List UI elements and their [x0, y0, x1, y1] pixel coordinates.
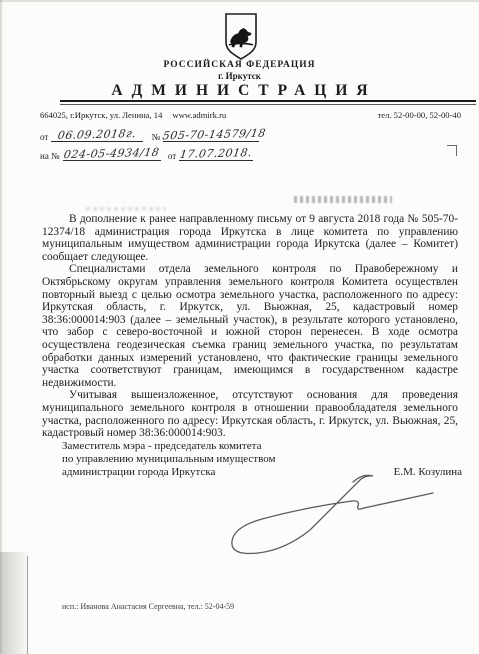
scan-blotch-bottom-left	[0, 552, 30, 654]
reply-from-label: от	[168, 151, 176, 161]
scan-fold-line	[27, 556, 28, 654]
header-organization-title: АДМИНИСТРАЦИЯ	[0, 82, 479, 100]
redacted-smudge-secondary	[86, 207, 166, 211]
paragraph-2: Специалистами отдела земельного контроля…	[42, 263, 458, 389]
outgoing-ref-line: от06.09.2018г. №505-70-14579/18	[40, 128, 259, 142]
handwritten-incoming-date: 17.07.2018.	[179, 146, 253, 161]
redacted-addressee-smudge	[294, 196, 392, 203]
scan-edge-top	[0, 0, 479, 2]
handwritten-incoming-number: 024-05-4934/18	[63, 146, 160, 161]
paragraph-1: В дополнение к ранее направленному письм…	[42, 213, 458, 263]
position-line-1: Заместитель мэра - председатель комитета	[62, 440, 275, 453]
handwritten-outgoing-date: 06.09.2018г.	[57, 127, 137, 142]
from-label: от	[40, 132, 48, 142]
header-city: г. Иркутск	[0, 71, 479, 81]
handwritten-signature	[215, 468, 450, 558]
incoming-ref-line: на №024-05-4934/18 от17.07.2018.	[40, 147, 253, 161]
reply-to-label: на №	[40, 151, 60, 161]
website-link: www.admirk.ru	[172, 110, 226, 120]
phone-numbers: тел. 52-00-00, 52-00-40	[378, 110, 461, 120]
position-line-2: по управлению муниципальным имуществом	[62, 453, 275, 466]
scanned-letter-page: РОССИЙСКАЯ ФЕДЕРАЦИЯ г. Иркутск АДМИНИСТ…	[0, 0, 479, 654]
number-label: №	[152, 132, 161, 142]
outgoing-date-field: 06.09.2018г.	[51, 128, 143, 142]
header-country: РОССИЙСКАЯ ФЕДЕРАЦИЯ	[0, 60, 479, 70]
addressee-corner-mark	[447, 145, 457, 156]
paragraph-3: Учитывая вышеизложенное, отсутствуют осн…	[42, 389, 458, 439]
incoming-number-field: 024-05-4934/18	[63, 147, 161, 161]
letter-body: В дополнение к ранее направленному письм…	[42, 213, 458, 440]
irkutsk-coat-of-arms-icon	[221, 12, 261, 62]
contact-row: 664025, г.Иркутск, ул. Ленина, 14www.adm…	[40, 110, 461, 120]
header-divider-rule	[60, 100, 476, 105]
handwritten-outgoing-number: 505-70-14579/18	[162, 127, 267, 143]
postal-address: 664025, г.Иркутск, ул. Ленина, 14www.adm…	[40, 110, 236, 120]
outgoing-number-field: 505-70-14579/18	[163, 128, 259, 142]
address-text: 664025, г.Иркутск, ул. Ленина, 14	[40, 110, 162, 120]
executor-note: исп.: Иванова Анастасия Сергеевна, тел.:…	[62, 602, 234, 611]
incoming-date-field: 17.07.2018.	[179, 147, 253, 161]
